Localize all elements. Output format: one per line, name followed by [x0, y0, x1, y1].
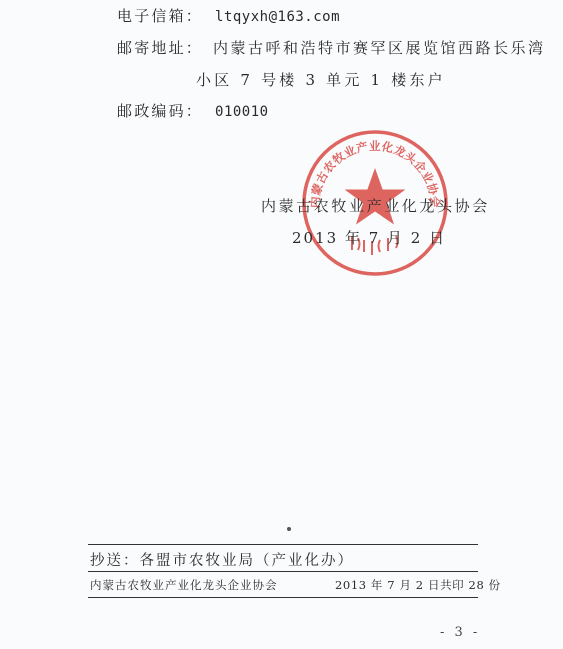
- page-number: - 3 -: [440, 625, 480, 640]
- postcode-label: 邮政编码：: [117, 100, 203, 121]
- signing-organization: 内蒙古农牧业产业化龙头协会: [261, 195, 490, 216]
- footer-rule-top: [88, 544, 478, 545]
- footer-rule-middle: [88, 571, 478, 572]
- email-row: 电子信箱：ltqyxh@163.com: [117, 5, 340, 26]
- document-page: 电子信箱：ltqyxh@163.com 邮寄地址：内蒙古呼和浩特市赛罕区展览馆西…: [0, 0, 563, 649]
- address-row: 邮寄地址：内蒙古呼和浩特市赛罕区展览馆西路长乐湾: [117, 37, 546, 58]
- cc-value: 各盟市农牧业局（产业化办）: [140, 553, 355, 569]
- postcode-row: 邮政编码：010010: [117, 100, 269, 121]
- cc-row: 抄送：各盟市农牧业局（产业化办）: [90, 549, 354, 570]
- footer-rule-bottom: [88, 597, 478, 598]
- issuer-name: 内蒙古农牧业产业化龙头企业协会: [90, 577, 278, 593]
- email-label: 电子信箱：: [117, 5, 203, 26]
- cc-label: 抄送：: [90, 553, 140, 569]
- address-label: 邮寄地址：: [117, 37, 203, 58]
- print-info: 2013 年 7 月 2 日共印 28 份: [335, 577, 501, 593]
- scan-speck: [287, 527, 291, 531]
- email-value: ltqyxh@163.com: [215, 9, 340, 25]
- address-line2: 小区 7 号楼 3 单元 1 楼东户: [196, 69, 446, 90]
- postcode-value: 010010: [215, 104, 269, 120]
- address-line1: 内蒙古呼和浩特市赛罕区展览馆西路长乐湾: [213, 37, 546, 58]
- signing-date: 2013 年 7 月 2 日: [292, 227, 446, 248]
